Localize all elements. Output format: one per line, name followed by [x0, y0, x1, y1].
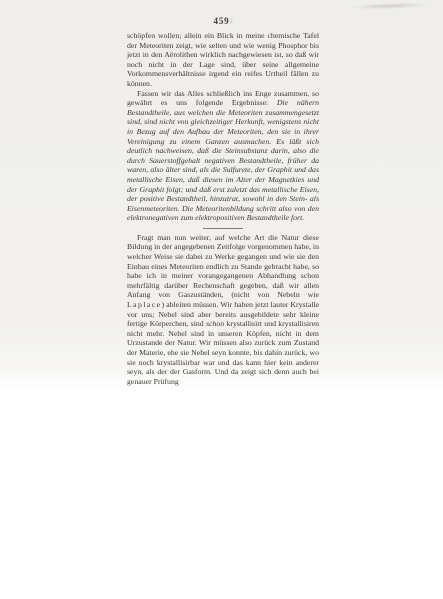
scanned-page: 459 schöpfen wollen; allein ein Blick in…: [0, 0, 443, 392]
text-block: schöpfen wollen; allein ein Blick in mei…: [127, 31, 319, 386]
text-segment-roman: Fragt man nun weiter, auf welche Art die…: [127, 233, 319, 300]
text-segment-roman: schöpfen wollen; allein ein Blick in mei…: [127, 31, 319, 88]
section-separator-rule: [203, 228, 243, 229]
paragraph-summary: Fassen wir das Alles schließlich ins Eng…: [127, 89, 319, 223]
screenshot-viewport: 459 schöpfen wollen; allein ein Blick in…: [0, 0, 443, 599]
text-segment-roman: krystallisirt und krystallisiren nicht m…: [127, 319, 319, 386]
text-segment-italic: Die nähern Bestandtheile, aus welchen di…: [127, 98, 319, 222]
text-segment-spaced: Laplace: [127, 300, 161, 309]
text-segment-italic: schon: [206, 319, 224, 328]
paragraph-discussion: Fragt man nun weiter, auf welche Art die…: [127, 233, 319, 387]
scan-smudge: [348, 2, 432, 11]
paragraph-continued: schöpfen wollen; allein ein Blick in mei…: [127, 31, 319, 89]
page-number: 459: [0, 16, 443, 26]
